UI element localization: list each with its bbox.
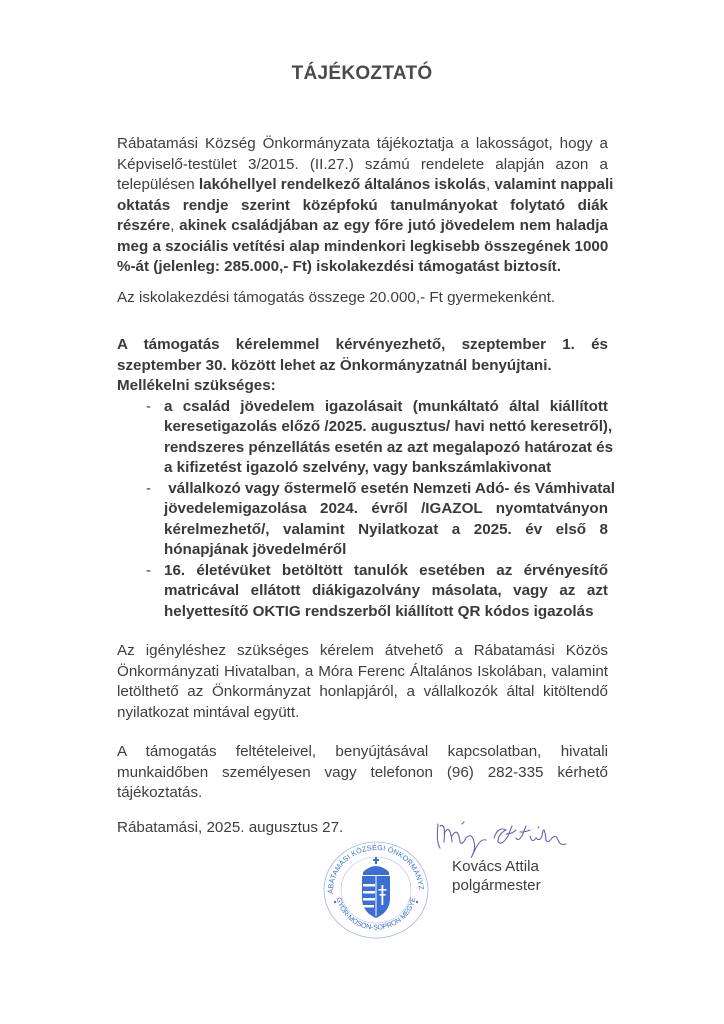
list-dash-icon: -	[146, 397, 151, 418]
bold-text: lakóhellyel rendelkező általános iskolás	[199, 176, 486, 193]
attachment-line: keresetigazolás előző /2025. augusztus/ …	[164, 417, 608, 438]
list-dash-icon: -	[146, 561, 151, 582]
page-title: TÁJÉKOZTATÓ	[0, 63, 724, 85]
bold-text: valamint nappali	[494, 176, 613, 193]
attachment-line: helyettesítő OKTIG rendszerből kiállítot…	[164, 602, 608, 623]
attachment-line: 16. életévüket betöltött tanulók esetébe…	[164, 561, 608, 582]
application-line: szeptember 30. között lehet az Önkormány…	[117, 356, 608, 377]
bold-text: akinek családjában az egy főre jutó jöve…	[179, 217, 608, 234]
attachment-line: kérelmezhető/, valamint Nyilatkozat a 20…	[164, 520, 608, 541]
attachment-item: - vállalkozó vagy őstermelő esetén Nemze…	[117, 479, 608, 561]
bold-text: oktatás rendje szerint középfokú tanulmá…	[117, 197, 608, 214]
official-stamp-icon: RÁBATAMÁSI KÖZSÉGI ÖNKORMÁNYZAT GYŐR-MOS…	[321, 840, 431, 940]
application-line: A támogatás kérelemmel kérvényezhető, sz…	[117, 335, 608, 356]
signatory-name: Kovács Attila	[452, 857, 541, 876]
amount-text: Az iskolakezdési támogatás összege 20.00…	[117, 288, 608, 309]
where-to-get-line: letölthető az Önkormányzat honlapjáról, …	[117, 682, 608, 703]
bold-text: részére	[117, 217, 170, 234]
attachment-line: hónapjának jövedelméről	[164, 540, 608, 561]
attachment-line: rendszeres pénzellátás esetén az azt meg…	[164, 438, 608, 459]
intro-line: településen lakóhellyel rendelkező által…	[117, 175, 608, 196]
attachment-item: -16. életévüket betöltött tanulók esetéb…	[117, 561, 608, 623]
list-dash-icon: -	[146, 479, 151, 500]
intro-line: oktatás rendje szerint középfokú tanulmá…	[117, 196, 608, 217]
intro-line: részére, akinek családjában az egy főre …	[117, 216, 608, 237]
bold-text: meg a szociális vetítési alap mindenkori…	[117, 238, 608, 255]
attachment-item: -a család jövedelem igazolásait (munkált…	[117, 397, 608, 479]
intro-paragraph: Rábatamási Község Önkormányzata tájékozt…	[117, 134, 608, 278]
application-text: A támogatás kérelemmel kérvényezhető, sz…	[117, 335, 608, 397]
bold-text: %-át (jelenleg: 285.000,- Ft) iskolakezd…	[117, 258, 561, 275]
where-to-get-line: Önkormányzati Hivatalban, a Móra Ferenc …	[117, 662, 608, 683]
attachments-list: -a család jövedelem igazolásait (munkált…	[117, 397, 608, 623]
application-line: Mellékelni szükséges:	[117, 376, 608, 397]
signatory-block: Kovács Attila polgármester	[452, 857, 541, 895]
attachment-line: a kifizetést igazoló szelvény, vagy bank…	[164, 458, 608, 479]
signatory-role: polgármester	[452, 876, 541, 895]
coat-of-arms-icon	[362, 857, 390, 918]
text: Rábatamási Község Önkormányzata tájékozt…	[117, 135, 608, 152]
application-paragraph: A támogatás kérelemmel kérvényezhető, sz…	[117, 335, 608, 622]
attachment-line: vállalkozó vagy őstermelő esetén Nemzeti…	[164, 479, 608, 500]
contact-line: A támogatás feltételeivel, benyújtásával…	[117, 742, 608, 763]
text: ,	[170, 217, 179, 234]
contact-line: tájékoztatás.	[117, 783, 608, 804]
amount-paragraph: Az iskolakezdési támogatás összege 20.00…	[117, 288, 608, 309]
intro-line: meg a szociális vetítési alap mindenkori…	[117, 237, 608, 258]
contact-line: munkaidőben személyesen vagy telefonon (…	[117, 763, 608, 784]
where-to-get-paragraph: Az igényléshez szükséges kérelem átvehet…	[117, 641, 608, 723]
intro-line: Képviselő-testület 3/2015. (II.27.) szám…	[117, 155, 608, 176]
document-page: TÁJÉKOZTATÓ Rábatamási Község Önkormányz…	[0, 0, 724, 1024]
intro-line: %-át (jelenleg: 285.000,- Ft) iskolakezd…	[117, 257, 608, 278]
attachment-line: jövedelemigazolása 2024. évről /IGAZOL n…	[164, 499, 608, 520]
attachment-line: matricával ellátott diákigazolvány másol…	[164, 581, 608, 602]
where-to-get-line: Az igényléshez szükséges kérelem átvehet…	[117, 641, 608, 662]
text: Képviselő-testület 3/2015. (II.27.) szám…	[117, 156, 608, 173]
contact-paragraph: A támogatás feltételeivel, benyújtásával…	[117, 742, 608, 804]
attachment-line: a család jövedelem igazolásait (munkálta…	[164, 397, 608, 418]
text: településen	[117, 176, 199, 193]
where-to-get-line: nyilatkozat mintával együtt.	[117, 703, 608, 724]
intro-line: Rábatamási Község Önkormányzata tájékozt…	[117, 134, 608, 155]
signature-icon	[432, 812, 582, 862]
